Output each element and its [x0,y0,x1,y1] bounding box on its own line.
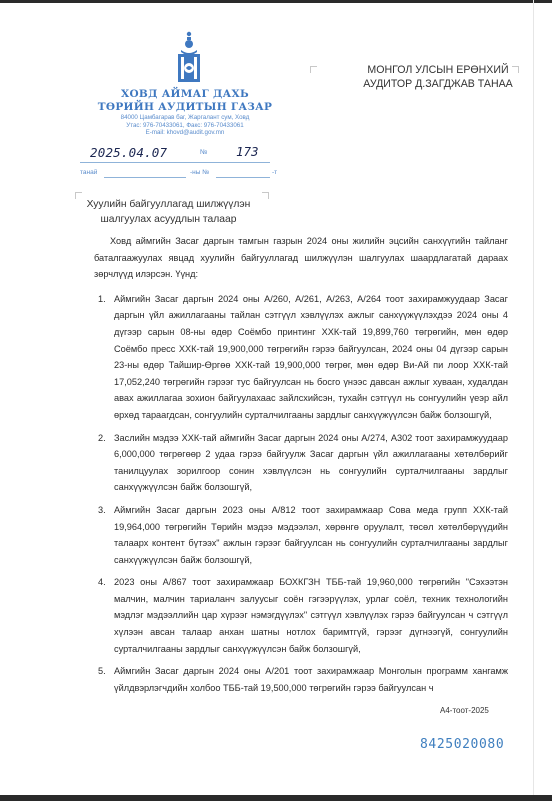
list-item: 5.Аймгийн Засаг даргын 2024 оны А/201 то… [100,663,508,696]
item-number: 1. [98,291,106,308]
reference-line: танай -ны № -т [80,167,276,179]
intro-paragraph: Ховд аймгийн Засаг даргын тамгын газрын … [94,233,508,283]
addressee-line1: МОНГОЛ УЛСЫН ЕРӨНХИЙ [338,63,538,77]
subject: Хуулийн байгууллагад шилжүүлэн шалгуулах… [86,197,251,227]
addressee-line2: АУДИТОР Д.ЗАГДЖАВ ТАНАА [338,77,538,91]
list-item: 1.Аймгийн Засаг даргын 2024 оны А/260, А… [100,291,508,424]
letter-body: Ховд аймгийн Засаг даргын тамгын газрын … [94,233,508,702]
org-phone-fax: Утас: 976-70433061, Факс: 976-70433061 [70,122,300,130]
list-item: 3.Аймгийн Засаг даргын 2023 оны А/812 то… [100,502,508,568]
item-text: Заслийн мэдээ ХХК-тай аймгийн Засаг дарг… [114,433,508,493]
serial-number: 8425020080 [420,737,504,752]
item-text: Аймгийн Засаг даргын 2023 оны А/812 тоот… [114,505,508,565]
addressee: МОНГОЛ УЛСЫН ЕРӨНХИЙ АУДИТОР Д.ЗАГДЖАВ Т… [338,63,538,91]
addressee-bracket-left [310,66,317,73]
org-email: E-mail: khovd@audit.gov.mn [70,129,300,137]
list-item: 2.Заслийн мэдээ ХХК-тай аймгийн Засаг да… [100,430,508,496]
item-number: 2. [98,430,106,447]
item-text: Аймгийн Засаг даргын 2024 оны А/201 тоот… [114,666,508,693]
reference-label: танай [80,169,97,176]
handwritten-date: 2025.04.07 [90,145,167,160]
item-number: 4. [98,574,106,591]
letterhead: ХОВД АЙМАГ ДАХЬ ТӨРИЙН АУДИТЫН ГАЗАР 840… [70,88,300,137]
page-right-edge [533,0,534,795]
org-address: 84000 Цамбагарав баг, Жаргалант сум, Хов… [70,114,300,122]
state-emblem-icon [165,30,213,85]
reference-tail: -т [272,169,277,176]
scan-bottom-edge [0,795,552,801]
subject-line2: шалгуулах асуудлын талаар [86,212,251,227]
list-item: 4.2023 оны А/867 тоот захирамжаар БОХКГЗ… [100,574,508,657]
subject-line1: Хуулийн байгууллагад шилжүүлэн [86,197,251,212]
item-text: 2023 оны А/867 тоот захирамжаар БОХКГЗН … [114,577,508,653]
item-number: 3. [98,502,106,519]
subject-bracket-left [75,192,82,199]
findings-list: 1.Аймгийн Засаг даргын 2024 оны А/260, А… [94,291,508,697]
registration-date-line: 2025.04.07 № 173 [80,146,270,163]
form-code: А4-тоот-2025 [440,706,489,715]
reference-number-label: -ны № [190,169,209,176]
org-name-line1: ХОВД АЙМАГ ДАХЬ [70,88,300,101]
item-text: Аймгийн Засаг даргын 2024 оны А/260, А/2… [114,294,508,420]
reference-number-blank [216,177,270,178]
org-name-line2: ТӨРИЙН АУДИТЫН ГАЗАР [70,101,300,114]
scan-top-edge [0,0,552,3]
handwritten-number: 173 [236,144,259,159]
item-number: 5. [98,663,106,680]
reference-date-blank [104,177,186,178]
number-label: № [200,149,208,156]
subject-bracket-right [262,192,269,199]
